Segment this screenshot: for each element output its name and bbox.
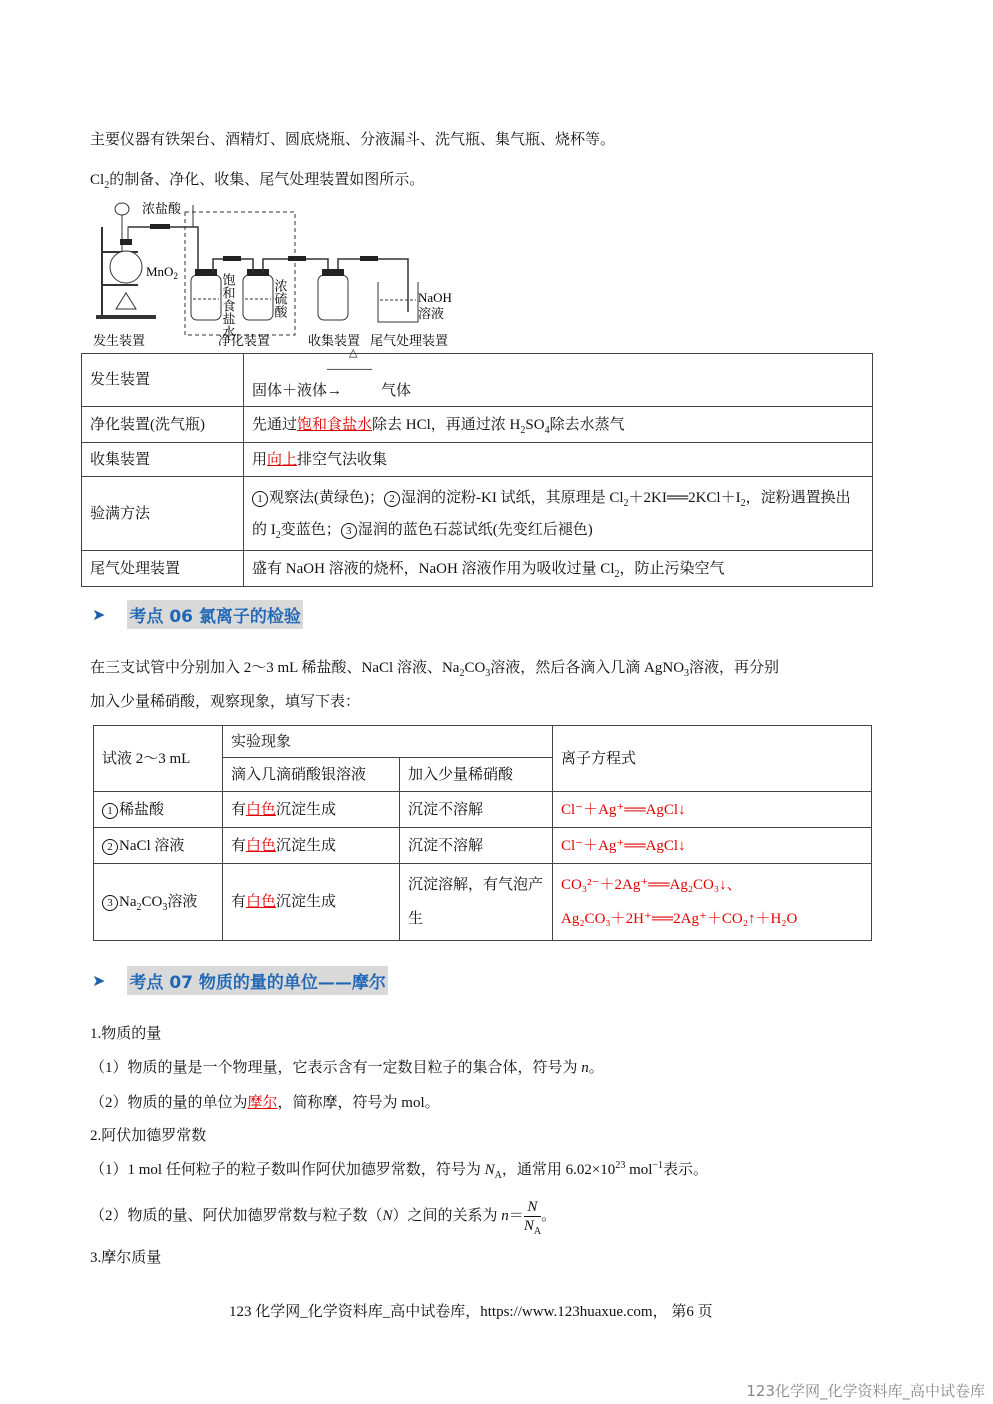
answer-text: 饱和食盐水 (297, 417, 372, 433)
table-row: 收集装置 用向上排空气法收集 (82, 443, 873, 477)
text: 排空气法收集 (297, 452, 387, 468)
caption-text: 的制备、净化、收集、尾气处理装置如图所示。 (109, 172, 424, 188)
section-title: 考点 06 氯离子的检验 (127, 600, 303, 629)
header-row: 试液 2～3 mL 实验现象 离子方程式 (94, 726, 872, 758)
text: 先通过 (252, 417, 297, 433)
svg-text:浓硫酸: 浓硫酸 (273, 279, 288, 318)
circled-number: 3 (102, 895, 118, 911)
symbol: n (501, 1208, 509, 1224)
section-07-heading: ➤ 考点 07 物质的量的单位——摩尔 (92, 966, 388, 995)
para-2-1: （1）1 mol 任何粒子的粒子数叫作阿伏加德罗常数，符号为 NA，通常用 6.… (90, 1160, 708, 1180)
para-2-2: （2）物质的量、阿伏加德罗常数与粒子数（N）之间的关系为 n＝NNA。 (90, 1196, 556, 1236)
text: 稀盐酸 (119, 802, 164, 818)
circled-number: 1 (252, 491, 268, 507)
text: （2）物质的量的单位为 (90, 1095, 248, 1111)
table-row: 净化装置(洗气瓶) 先通过饱和食盐水除去 HCl，再通过浓 H2SO4除去水蒸气 (82, 407, 873, 443)
section06-para1: 在三支试管中分别加入 2～3 mL 稀盐酸、NaCl 溶液、Na2CO3溶液，然… (90, 658, 779, 678)
sample-cell: 1稀盐酸 (94, 792, 223, 828)
header-sample: 试液 2～3 mL (94, 726, 223, 792)
text: 溶液，然后各滴入几滴 AgNO (490, 660, 684, 676)
apparatus-diagram: 浓盐酸 MnO2 饱和食盐水 浓硫酸 NaOH 溶液 发生装置 净化装置 收集装… (88, 197, 458, 349)
chloride-test-table: 试液 2～3 mL 实验现象 离子方程式 滴入几滴硝酸银溶液 加入少量稀硝酸 1… (93, 725, 872, 941)
text: ，简称摩，符号为 mol。 (278, 1095, 440, 1111)
equation-cell: Cl⁻＋Ag⁺══AgCl↓ (553, 792, 872, 828)
text: 观察法(黄绿色)； (269, 490, 384, 506)
row-key: 收集装置 (82, 443, 244, 477)
chlorine-prep-table: 发生装置 固体＋液体△———→气体 净化装置(洗气瓶) 先通过饱和食盐水除去 H… (81, 353, 873, 587)
phenomenon-cell: 有白色沉淀生成 (223, 828, 400, 864)
table-row: 1稀盐酸 有白色沉淀生成 沉淀不溶解 Cl⁻＋Ag⁺══AgCl↓ (94, 792, 872, 828)
denominator: NA (524, 1217, 541, 1235)
text: 有 (231, 894, 246, 910)
phenomenon-cell: 有白色沉淀生成 (223, 792, 400, 828)
subheading-1: 1.物质的量 (90, 1024, 161, 1044)
text: 气体 (381, 383, 411, 399)
section-06-heading: ➤ 考点 06 氯离子的检验 (92, 600, 303, 629)
equation-cell: CO₃²⁻＋2Ag⁺══Ag₂CO₃↓、Ag₂CO₃＋2H⁺══2Ag⁺＋CO₂… (553, 864, 872, 941)
text: ＋2KI══2KCl＋I (629, 490, 741, 506)
text: 有 (231, 802, 246, 818)
numerator: N (524, 1198, 541, 1217)
text: 有 (231, 838, 246, 854)
text: （2）物质的量、阿伏加德罗常数与粒子数（ (90, 1208, 383, 1224)
svg-text:溶液: 溶液 (418, 306, 444, 321)
svg-text:饱和食盐水: 饱和食盐水 (221, 272, 236, 338)
text: 除去 HCl，再通过浓 H (372, 417, 520, 433)
text: 除去水蒸气 (550, 417, 625, 433)
circled-number: 2 (384, 491, 400, 507)
text: NaCl 溶液 (119, 838, 184, 854)
para-1-2: （2）物质的量的单位为摩尔，简称摩，符号为 mol。 (90, 1093, 440, 1113)
text: 在三支试管中分别加入 2～3 mL 稀盐酸、NaCl 溶液、Na (90, 660, 459, 676)
text: CO (142, 894, 163, 910)
text: 。 (541, 1208, 556, 1224)
text: 。 (589, 1060, 604, 1076)
fraction: NNA (524, 1198, 541, 1235)
header-equation: 离子方程式 (553, 726, 872, 792)
intro-instruments: 主要仪器有铁架台、酒精灯、圆底烧瓶、分液漏斗、洗气瓶、集气瓶、烧杯等。 (90, 130, 615, 150)
row-key: 验满方法 (82, 477, 244, 551)
answer-text: 向上 (267, 452, 297, 468)
equation-cell: Cl⁻＋Ag⁺══AgCl↓ (553, 828, 872, 864)
svg-text:净化装置: 净化装置 (218, 333, 270, 348)
sample-cell: 3Na2CO3溶液 (94, 864, 223, 941)
symbol: N (485, 1162, 495, 1178)
row-value: 用向上排空气法收集 (244, 443, 873, 477)
text: 溶液 (167, 894, 197, 910)
para-1-1: （1）物质的量是一个物理量，它表示含有一定数目粒子的集合体，符号为 n。 (90, 1058, 604, 1078)
page-footer: 123 化学网_化学资料库_高中试卷库，https://www.123huaxu… (229, 1300, 713, 1321)
subheading-2: 2.阿伏加德罗常数 (90, 1126, 206, 1146)
row-value: 固体＋液体△———→气体 (244, 354, 873, 407)
formula-cl: Cl (90, 172, 104, 188)
table-row: 3Na2CO3溶液 有白色沉淀生成 沉淀溶解，有气泡产生 CO₃²⁻＋2Ag⁺═… (94, 864, 872, 941)
row-key: 发生装置 (82, 354, 244, 407)
section-title: 考点 07 物质的量的单位——摩尔 (127, 966, 388, 995)
header-agno3: 滴入几滴硝酸银溶液 (223, 758, 400, 792)
hno3-cell: 沉淀溶解，有气泡产生 (400, 864, 553, 941)
circled-number: 3 (341, 523, 357, 539)
text: Na (119, 894, 137, 910)
text: 沉淀生成 (276, 894, 336, 910)
text: 固体＋液体 (252, 383, 327, 399)
equation-line: Ag₂CO₃＋2H⁺══2Ag⁺＋CO₂↑＋H₂O (561, 902, 863, 936)
row-key: 净化装置(洗气瓶) (82, 407, 244, 443)
svg-text:发生装置: 发生装置 (93, 333, 145, 348)
circled-number: 1 (102, 803, 118, 819)
svg-text:NaOH: NaOH (418, 290, 452, 305)
table-row: 尾气处理装置 盛有 NaOH 溶液的烧杯，NaOH 溶液作用为吸收过量 Cl2，… (82, 551, 873, 587)
row-value: 1观察法(黄绿色)；2湿润的淀粉-KI 试纸，其原理是 Cl2＋2KI══2KC… (244, 477, 873, 551)
arrow-bullet-icon: ➤ (92, 605, 105, 624)
text: 用 (252, 452, 267, 468)
text: ，通常用 6.02×10 (502, 1162, 615, 1178)
svg-text:尾气处理装置: 尾气处理装置 (370, 333, 448, 348)
phenomenon-cell: 有白色沉淀生成 (223, 864, 400, 941)
arrow-bullet-icon: ➤ (92, 971, 105, 990)
sample-cell: 2NaCl 溶液 (94, 828, 223, 864)
subscript: A (495, 1170, 502, 1181)
text: 湿润的蓝色石蕊试纸(先变红后褪色) (358, 522, 593, 538)
symbol: n (581, 1060, 589, 1076)
answer-text: 白色 (246, 894, 276, 910)
text: 盛有 NaOH 溶液的烧杯，NaOH 溶液作用为吸收过量 Cl (252, 561, 615, 577)
text: 沉淀生成 (276, 802, 336, 818)
text: ）之间的关系为 (393, 1208, 502, 1224)
header-phenomenon: 实验现象 (223, 726, 553, 758)
label-conc-hcl: 浓盐酸 (142, 201, 182, 216)
text: 变蓝色； (281, 522, 341, 538)
text: mol (625, 1162, 652, 1178)
equation-line: CO₃²⁻＋2Ag⁺══Ag₂CO₃↓、 (561, 868, 863, 902)
text: 湿润的淀粉-KI 试纸，其原理是 Cl (401, 490, 624, 506)
answer-text: 白色 (246, 838, 276, 854)
hno3-cell: 沉淀不溶解 (400, 828, 553, 864)
delta-symbol: △ (349, 342, 357, 364)
superscript: 23 (615, 1160, 625, 1171)
row-key: 尾气处理装置 (82, 551, 244, 587)
section06-para2: 加入少量稀硝酸，观察现象，填写下表： (90, 692, 360, 712)
circled-number: 2 (102, 839, 118, 855)
table-row: 发生装置 固体＋液体△———→气体 (82, 354, 873, 407)
svg-text:MnO2: MnO2 (146, 264, 178, 281)
text: ＝ (509, 1208, 524, 1224)
text: 溶液，再分别 (689, 660, 779, 676)
text: （1）1 mol 任何粒子的粒子数叫作阿伏加德罗常数，符号为 (90, 1162, 485, 1178)
intro-caption: Cl2的制备、净化、收集、尾气处理装置如图所示。 (90, 170, 424, 190)
text: （1）物质的量是一个物理量，它表示含有一定数目粒子的集合体，符号为 (90, 1060, 581, 1076)
table-row: 2NaCl 溶液 有白色沉淀生成 沉淀不溶解 Cl⁻＋Ag⁺══AgCl↓ (94, 828, 872, 864)
answer-text: 白色 (246, 802, 276, 818)
subscript: A (534, 1226, 541, 1237)
row-value: 盛有 NaOH 溶液的烧杯，NaOH 溶液作用为吸收过量 Cl2，防止污染空气 (244, 551, 873, 587)
superscript: −1 (652, 1160, 663, 1171)
text: 沉淀生成 (276, 838, 336, 854)
text: ，防止污染空气 (620, 561, 725, 577)
watermark: 123化学网_化学资料库_高中试卷库 (746, 1380, 985, 1401)
heating-arrow: △———→ (327, 358, 381, 402)
text: N (524, 1218, 534, 1234)
text: 表示。 (663, 1162, 708, 1178)
table-row: 验满方法 1观察法(黄绿色)；2湿润的淀粉-KI 试纸，其原理是 Cl2＋2KI… (82, 477, 873, 551)
text: CO (464, 660, 485, 676)
answer-text: 摩尔 (248, 1095, 278, 1111)
row-value: 先通过饱和食盐水除去 HCl，再通过浓 H2SO4除去水蒸气 (244, 407, 873, 443)
hno3-cell: 沉淀不溶解 (400, 792, 553, 828)
text: SO (525, 417, 544, 433)
subheading-3: 3.摩尔质量 (90, 1248, 161, 1268)
header-hno3: 加入少量稀硝酸 (400, 758, 553, 792)
symbol: N (383, 1208, 393, 1224)
